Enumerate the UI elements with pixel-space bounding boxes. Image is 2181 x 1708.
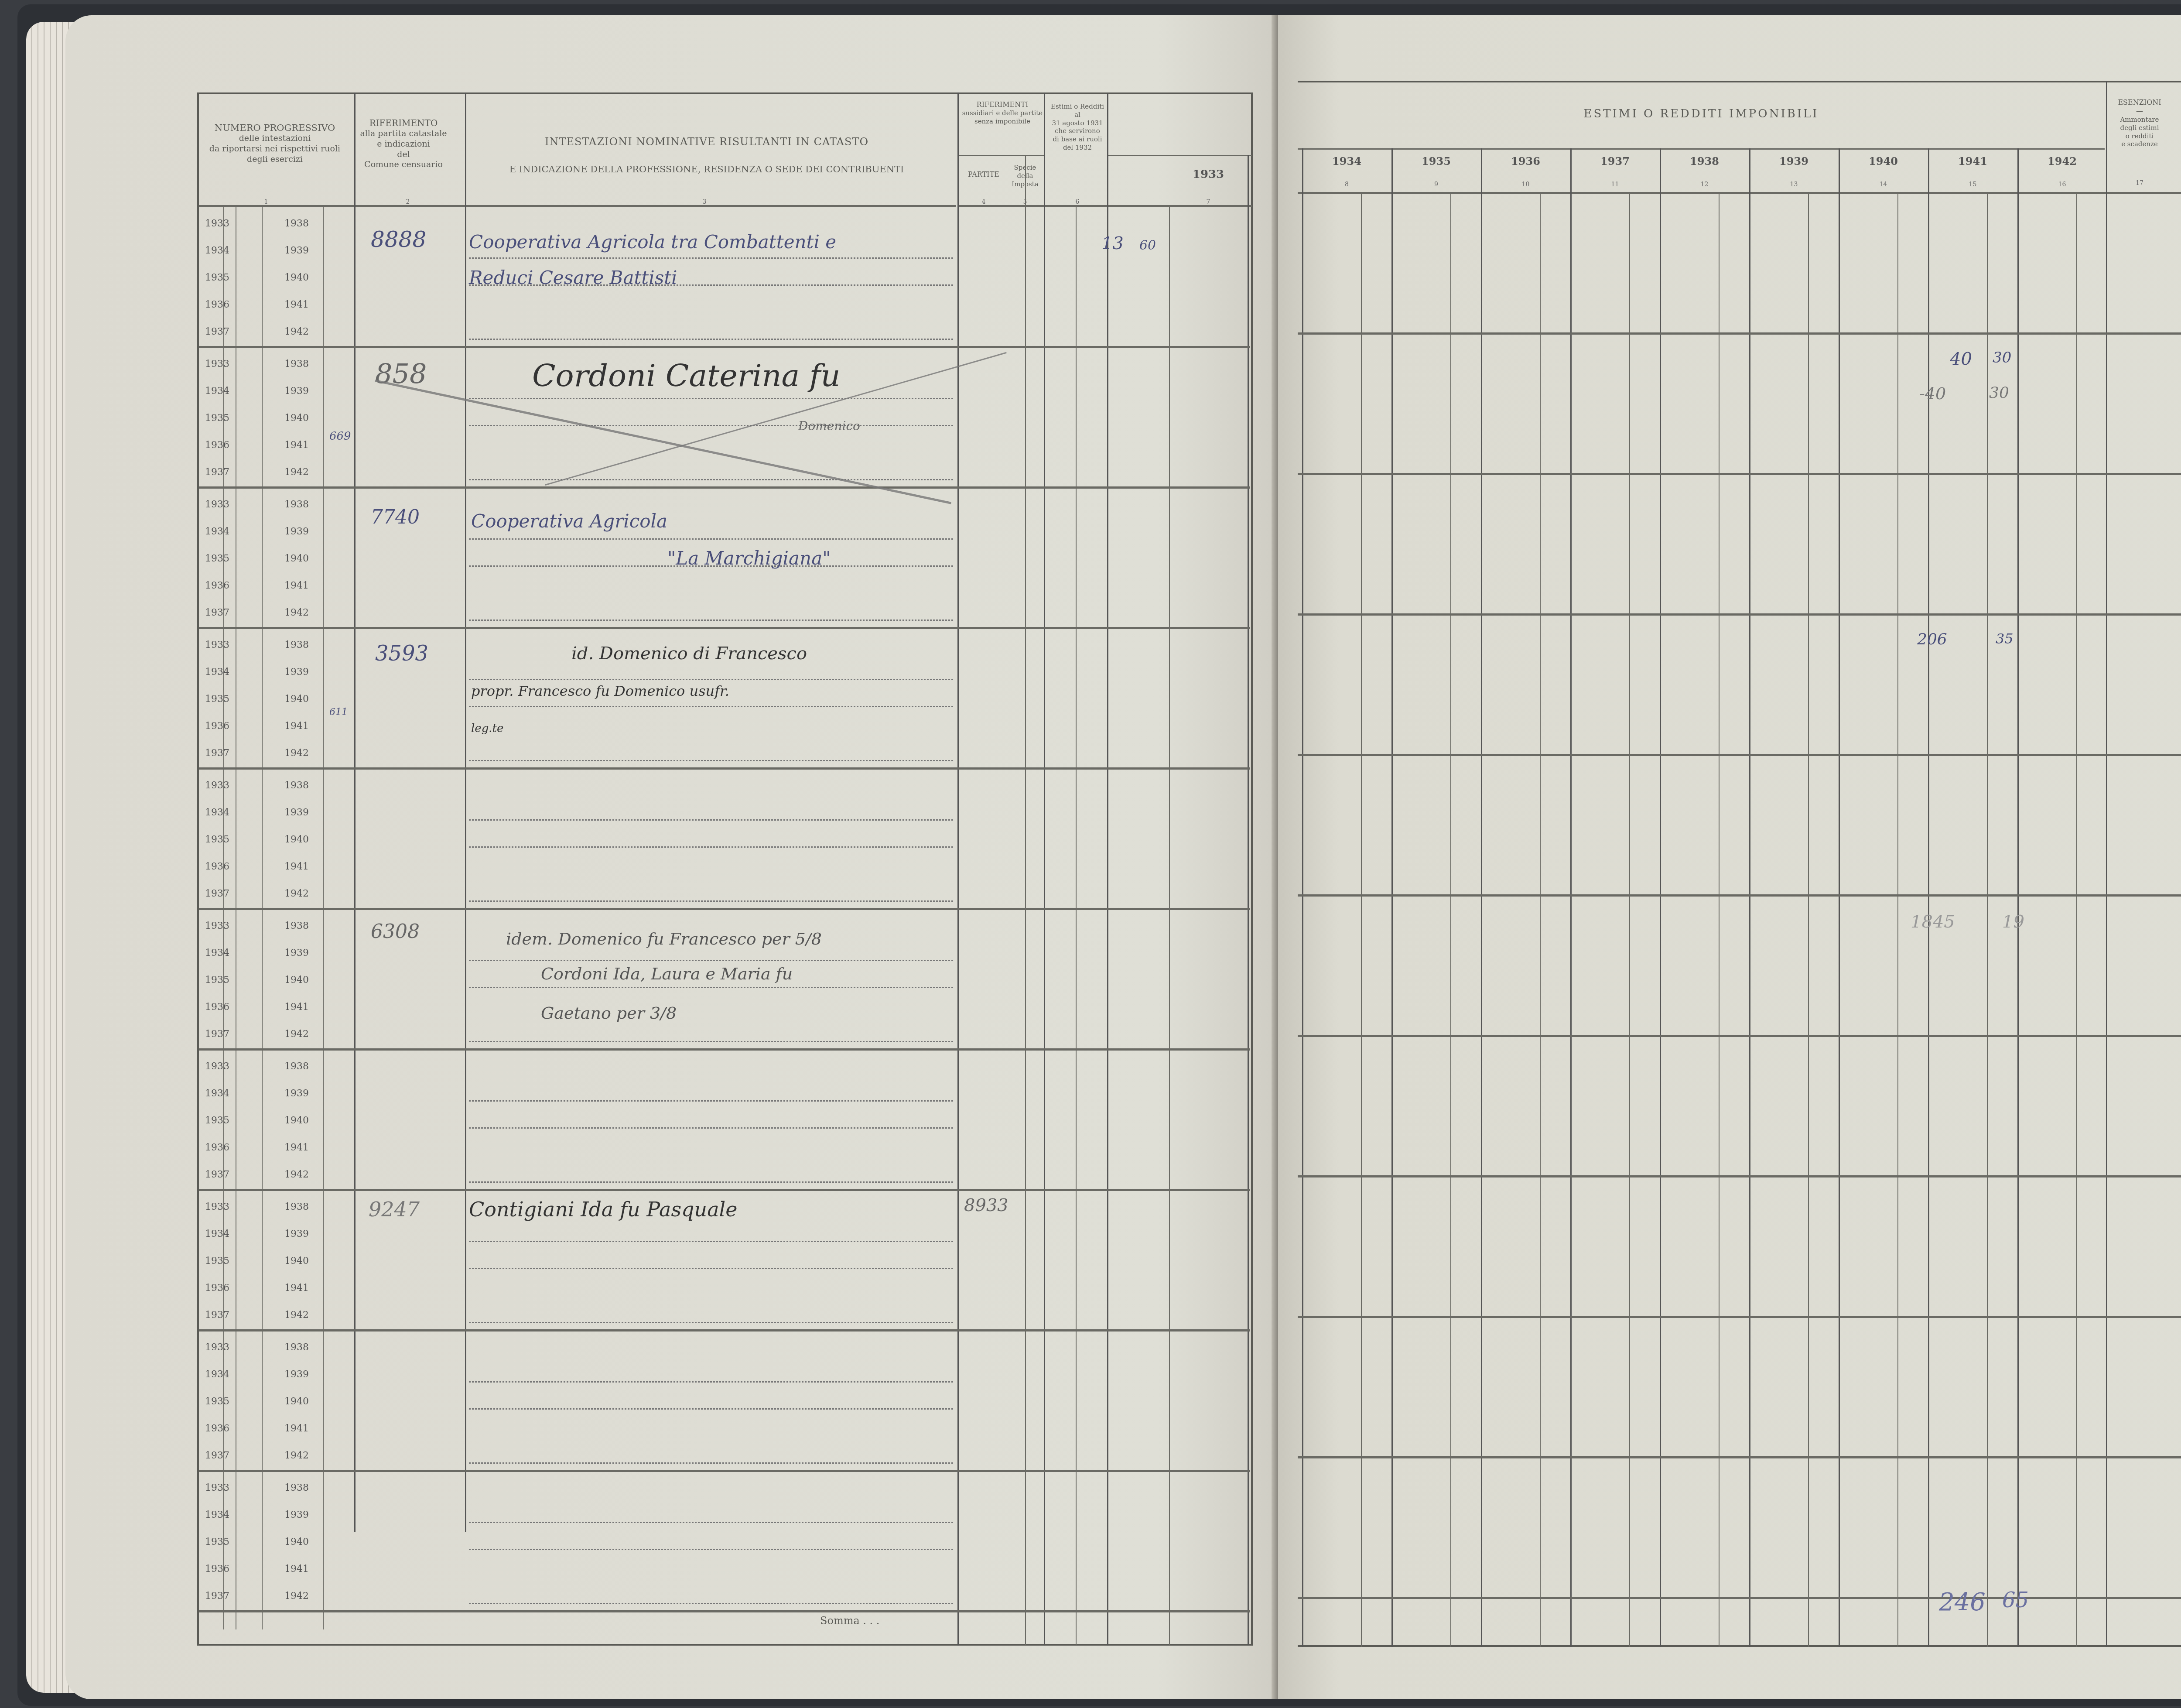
column-divider [354, 92, 356, 1532]
entry-separator [199, 767, 1250, 770]
column-divider [323, 207, 324, 1629]
header-title: ESENZIONI [2109, 98, 2170, 107]
header-intestazioni: INTESTAZIONI NOMINATIVE RISULTANTI IN CA… [467, 135, 947, 175]
year-label: 1933 [205, 359, 229, 370]
year-label: 1938 [284, 780, 309, 791]
year-label: 1941 [284, 1564, 309, 1575]
column-divider [2017, 148, 2019, 1647]
year-label: 1939 [284, 1088, 309, 1099]
header-esenzioni: ESENZIONI — Ammontare degli estimi o red… [2109, 98, 2170, 148]
decimal-divider [1897, 194, 1898, 1647]
header-rule [199, 205, 956, 207]
year-label: 1933 [205, 921, 229, 931]
year-label: 1937 [205, 1169, 229, 1180]
year-label: 1942 [284, 1169, 309, 1180]
entry-name-line: Cooperativa Agricola [471, 510, 667, 532]
entry-name-line: Reduci Cesare Battisti [469, 267, 677, 288]
year-label: 1935 [205, 1256, 229, 1266]
column-number: 11 [1611, 181, 1620, 188]
dotted-rule [469, 538, 953, 540]
dotted-rule [469, 679, 953, 680]
year-label: 1935 [205, 413, 229, 424]
year-label: 1934 [205, 526, 229, 537]
header-line: e scadenze [2109, 140, 2170, 148]
decimal-divider [1719, 194, 1720, 1647]
year-label: 1937 [205, 1591, 229, 1602]
value-1941-sub-dec: 30 [1989, 384, 2009, 402]
column-divider [1076, 207, 1077, 1645]
dotted-rule [469, 257, 953, 259]
entry-estimi-1931-dec: 60 [1139, 238, 1156, 253]
dotted-rule [469, 339, 953, 340]
year-column-header: 1937 [1570, 155, 1660, 168]
value-1941: 206 [1917, 630, 1947, 648]
value-1941-dec: 30 [1993, 349, 2011, 366]
header-line: del [356, 150, 451, 160]
column-number: 16 [2058, 181, 2067, 188]
left-table-frame [197, 92, 1253, 1646]
year-label: 1939 [284, 386, 309, 397]
column-number: 6 [1073, 199, 1082, 205]
year-label: 1941 [284, 721, 309, 732]
entry-margin-note: 669 [329, 430, 351, 443]
column-number: 10 [1521, 181, 1530, 188]
column-number: 9 [1432, 181, 1441, 188]
year-label: 1939 [284, 526, 309, 537]
year-label: 1941 [284, 1002, 309, 1013]
year-label: 1934 [205, 1369, 229, 1380]
decimal-divider [1808, 194, 1809, 1647]
year-label: 1942 [284, 888, 309, 899]
year-label: 1936 [205, 1002, 229, 1013]
year-label: 1941 [284, 440, 309, 451]
header-line: delle intestazioni [201, 133, 349, 144]
year-label: 1935 [205, 553, 229, 564]
header-line: di base ai ruoli [1045, 135, 1110, 144]
decimal-divider [1450, 194, 1451, 1647]
year-label: 1941 [284, 299, 309, 310]
year-label: 1938 [284, 218, 309, 229]
dotted-rule [469, 1100, 953, 1102]
decimal-divider [2076, 194, 2077, 1647]
year-label: 1940 [284, 1396, 309, 1407]
year-label: 1935 [205, 975, 229, 986]
year-column-header: 1940 [1839, 155, 1928, 168]
year-label: 1939 [284, 1229, 309, 1239]
year-label: 1935 [205, 272, 229, 283]
decimal-divider [1987, 194, 1988, 1647]
year-label: 1936 [205, 580, 229, 591]
year-label: 1935 [205, 1537, 229, 1547]
column-divider [236, 207, 236, 1629]
year-label: 1938 [284, 359, 309, 370]
year-label: 1940 [284, 272, 309, 283]
dotted-rule [469, 900, 953, 902]
year-label: 1940 [284, 975, 309, 986]
right-table-frame [1298, 81, 2181, 1647]
column-number: 13 [1790, 181, 1798, 188]
year-label: 1933 [205, 499, 229, 510]
dotted-rule [469, 846, 953, 848]
value-1941-dec: 19 [2002, 912, 2024, 932]
column-number: 8 [1343, 181, 1351, 188]
column-number: 15 [1969, 181, 1977, 188]
header-title: INTESTAZIONI NOMINATIVE RISULTANTI IN CA… [467, 135, 947, 148]
total-1941: 246 [1939, 1588, 1986, 1616]
year-label: 1934 [205, 1509, 229, 1520]
column-number: 2 [403, 199, 412, 205]
dotted-rule [469, 425, 953, 426]
dotted-rule [469, 760, 953, 761]
dotted-rule [469, 1241, 953, 1242]
entry-separator [199, 486, 1250, 489]
header-line: alla partita catastale [356, 129, 451, 139]
value-1941: 1845 [1911, 912, 1955, 932]
year-column-header: 1939 [1749, 155, 1839, 168]
header-line: 31 agosto 1931 [1045, 119, 1110, 127]
entry-name-line: Cordoni Caterina fu [532, 358, 841, 394]
year-label: 1942 [284, 1310, 309, 1321]
entry-name-line: Cooperativa Agricola tra Combattenti e [469, 231, 836, 253]
year-label: 1939 [284, 667, 309, 678]
header-dash: — [2109, 107, 2170, 116]
entry-separator [1298, 1175, 2181, 1177]
year-label: 1938 [284, 640, 309, 650]
total-1941-dec: 65 [2002, 1588, 2029, 1612]
year-label: 1939 [284, 948, 309, 958]
year-label: 1937 [205, 326, 229, 337]
column-divider [1839, 148, 1840, 1647]
column-divider [1570, 148, 1572, 1647]
year-label: 1935 [205, 1396, 229, 1407]
year-label: 1941 [284, 1423, 309, 1434]
year-label: 1942 [284, 1029, 309, 1040]
year-label: 1940 [284, 413, 309, 424]
entry-separator [199, 908, 1250, 910]
year-label: 1941 [284, 580, 309, 591]
column-number: 4 [979, 199, 988, 205]
entry-name-line: "La Marchigiana" [667, 548, 831, 569]
year-label: 1933 [205, 780, 229, 791]
header-line: sussidiari e delle partite [959, 109, 1046, 117]
decimal-divider [1540, 194, 1541, 1647]
header-line: degli estimi [2109, 124, 2170, 132]
header-line: che servirono [1045, 127, 1110, 135]
header-line: del 1932 [1045, 144, 1110, 152]
column-number: 1 [262, 199, 270, 205]
header-rule [957, 205, 1252, 207]
year-label: 1939 [284, 1509, 309, 1520]
entry-separator [199, 346, 1250, 348]
decimal-divider [1629, 194, 1630, 1647]
dotted-rule [469, 1322, 953, 1323]
entry-separator [1298, 332, 2181, 335]
column-divider [1169, 207, 1170, 1645]
dotted-rule [469, 1381, 953, 1383]
header-rule [1298, 192, 2181, 194]
year-label: 1942 [284, 1450, 309, 1461]
year-label: 1936 [205, 299, 229, 310]
dotted-rule [469, 960, 953, 961]
entry-separator [199, 1189, 1250, 1191]
column-divider [1302, 148, 1303, 1647]
column-number: 14 [1879, 181, 1888, 188]
year-label: 1936 [205, 861, 229, 872]
dotted-rule [469, 1408, 953, 1410]
year-label: 1936 [205, 1283, 229, 1294]
year-label: 1937 [205, 467, 229, 478]
column-divider [1025, 155, 1026, 1645]
entry-name-line: idem. Domenico fu Francesco per 5/8 [506, 929, 822, 948]
year-label: 1938 [284, 1482, 309, 1493]
year-label: 1942 [284, 1591, 309, 1602]
year-column-header: 1934 [1302, 155, 1391, 168]
column-divider [1928, 148, 1929, 1647]
entry-name-line: Cordoni Ida, Laura e Maria fu [541, 964, 793, 983]
header-line: Ammontare [2109, 116, 2170, 124]
header-numero-progressivo: NUMERO PROGRESSIVO delle intestazioni da… [201, 122, 349, 165]
dotted-rule [469, 819, 953, 821]
year-label: 1936 [205, 721, 229, 732]
column-number: 3 [700, 199, 709, 205]
year-label: 1942 [284, 467, 309, 478]
year-label: 1934 [205, 667, 229, 678]
dotted-rule [469, 1041, 953, 1042]
column-divider [465, 92, 466, 1532]
column-divider [1391, 148, 1393, 1647]
dotted-rule [469, 1127, 953, 1129]
year-column-header: 1942 [2017, 155, 2107, 168]
header-line: e indicazioni [356, 139, 451, 150]
entry-separator [199, 1048, 1250, 1051]
column-number: 12 [1700, 181, 1709, 188]
entry-ref: 7740 [371, 506, 420, 528]
header-line: degli esercizi [201, 154, 349, 165]
year-column-header: 1935 [1391, 155, 1481, 168]
year-column-header: 1941 [1928, 155, 2017, 168]
header-title: NUMERO PROGRESSIVO [201, 122, 349, 133]
entry-name-line: Contigiani Ida fu Pasquale [469, 1198, 738, 1221]
year-label: 1933 [205, 1201, 229, 1212]
entry-ref: 8888 [371, 227, 426, 252]
dotted-rule [469, 1522, 953, 1523]
entry-separator [1298, 1316, 2181, 1318]
value-1941-sub: -40 [1919, 384, 1946, 403]
value-1941-dec: 35 [1996, 630, 2013, 647]
year-label: 1936 [205, 1423, 229, 1434]
entry-name-line: id. Domenico di Francesco [571, 643, 807, 664]
column-number: 7 [1204, 199, 1213, 205]
year-label: 1941 [284, 1283, 309, 1294]
year-label: 1937 [205, 607, 229, 618]
column-divider [1107, 92, 1108, 1646]
year-label: 1939 [284, 807, 309, 818]
entry-ref: 6308 [371, 921, 420, 943]
entry-estimi-1931: 13 [1101, 233, 1124, 253]
column-divider [262, 207, 263, 1629]
somma-label: Somma . . . [820, 1614, 951, 1627]
entry-ref: 9247 [369, 1198, 420, 1221]
header-title: RIFERIMENTI [959, 100, 1046, 109]
year-label: 1942 [284, 748, 309, 759]
column-divider [2106, 81, 2107, 1647]
year-label: 1937 [205, 1310, 229, 1321]
year-label: 1933 [205, 1342, 229, 1353]
header-rule [957, 155, 1045, 156]
dotted-rule [469, 479, 953, 480]
year-label: 1934 [205, 1229, 229, 1239]
entry-separator [1298, 1456, 2181, 1458]
entry-separator [199, 1329, 1250, 1331]
header-riferimenti: RIFERIMENTI sussidiari e delle partite s… [959, 100, 1046, 126]
entry-separator [1298, 1035, 2181, 1037]
entry-separator [1298, 613, 2181, 616]
header-rule [1108, 155, 1252, 156]
year-column-header: 1936 [1481, 155, 1570, 168]
entry-name-line: Gaetano per 3/8 [541, 1003, 677, 1023]
entry-separator [199, 1470, 1250, 1472]
year-label: 1942 [284, 607, 309, 618]
entry-separator [1298, 473, 2181, 475]
entry-separator [1298, 1597, 2181, 1599]
year-label: 1937 [205, 888, 229, 899]
header-line: al [1045, 111, 1110, 119]
year-label: 1933 [205, 1061, 229, 1072]
year-label: 1940 [284, 1256, 309, 1266]
header-subtitle: E INDICAZIONE DELLA PROFESSIONE, RESIDEN… [467, 164, 947, 175]
column-divider [1044, 92, 1045, 1646]
header-line: senza imponibile [959, 117, 1046, 126]
column-divider [1248, 155, 1249, 1645]
entry-separator [199, 1610, 1250, 1612]
year-label: 1937 [205, 1029, 229, 1040]
section-title: ESTIMI O REDDITI IMPONIBILI [1309, 107, 2094, 121]
year-label: 1936 [205, 440, 229, 451]
year-label: 1940 [284, 553, 309, 564]
year-label: 1937 [205, 748, 229, 759]
entry-name-line: leg.te [471, 722, 503, 735]
header-estimi-imponibili: ESTIMI O REDDITI IMPONIBILI [1309, 107, 2094, 121]
header-partite: PARTITE [960, 170, 1008, 179]
header-title: Estimi o Redditi [1045, 103, 1110, 111]
year-label: 1938 [284, 499, 309, 510]
year-label: 1940 [284, 694, 309, 705]
dotted-rule [469, 706, 953, 707]
dotted-rule [469, 1549, 953, 1550]
year-label: 1938 [284, 1201, 309, 1212]
entry-separator [1298, 754, 2181, 756]
year-label: 1940 [284, 1115, 309, 1126]
entry-separator [1298, 894, 2181, 897]
year-label: 1939 [284, 1369, 309, 1380]
year-label: 1934 [205, 807, 229, 818]
dotted-rule [469, 620, 953, 621]
dotted-rule [469, 1462, 953, 1464]
header-rule [1298, 148, 2105, 150]
year-label: 1934 [205, 948, 229, 958]
decimal-divider [1361, 194, 1362, 1647]
year-label: 1936 [205, 1142, 229, 1153]
year-label: 1941 [284, 861, 309, 872]
column-divider [957, 92, 959, 1646]
header-year-1933: 1933 [1186, 168, 1230, 181]
year-label: 1934 [205, 386, 229, 397]
header-estimi-1931: Estimi o Redditi al 31 agosto 1931 che s… [1045, 103, 1110, 152]
header-title: RIFERIMENTO [356, 118, 451, 129]
year-label: 1935 [205, 1115, 229, 1126]
year-label: 1934 [205, 1088, 229, 1099]
dotted-rule [469, 1603, 953, 1604]
year-label: 1936 [205, 1564, 229, 1575]
entry-name-line: propr. Francesco fu Domenico usufr. [471, 683, 729, 699]
column-number: 17 [2135, 180, 2144, 187]
header-line: Comune censuario [356, 160, 451, 170]
year-label: 1940 [284, 1537, 309, 1547]
column-divider [1749, 148, 1750, 1647]
year-label: 1937 [205, 1450, 229, 1461]
column-divider [1481, 148, 1482, 1647]
dotted-rule [469, 398, 953, 399]
year-label: 1935 [205, 834, 229, 845]
year-label: 1938 [284, 921, 309, 931]
entry-ref: 3593 [375, 641, 428, 666]
year-label: 1934 [205, 245, 229, 256]
entry-separator [199, 627, 1250, 629]
value-1941: 40 [1950, 349, 1972, 369]
year-label: 1939 [284, 245, 309, 256]
dotted-rule [469, 1268, 953, 1269]
year-label: 1941 [284, 1142, 309, 1153]
dotted-rule [469, 987, 953, 988]
year-label: 1942 [284, 326, 309, 337]
entry-margin-note: 611 [329, 707, 348, 718]
year-label: 1933 [205, 640, 229, 650]
header-line: da riportarsi nei rispettivi ruoli [201, 144, 349, 154]
year-label: 1935 [205, 694, 229, 705]
dotted-rule [469, 1181, 953, 1183]
year-column-header: 1938 [1660, 155, 1749, 168]
year-label: 1938 [284, 1342, 309, 1353]
year-label: 1938 [284, 1061, 309, 1072]
entry-partite: 8933 [964, 1195, 1008, 1215]
column-divider [1660, 148, 1661, 1647]
year-label: 1933 [205, 218, 229, 229]
entry-name-line: Domenico [798, 419, 860, 433]
header-line: o redditi [2109, 132, 2170, 140]
header-riferimento: RIFERIMENTO alla partita catastale e ind… [356, 118, 451, 170]
year-label: 1940 [284, 834, 309, 845]
year-label: 1933 [205, 1482, 229, 1493]
